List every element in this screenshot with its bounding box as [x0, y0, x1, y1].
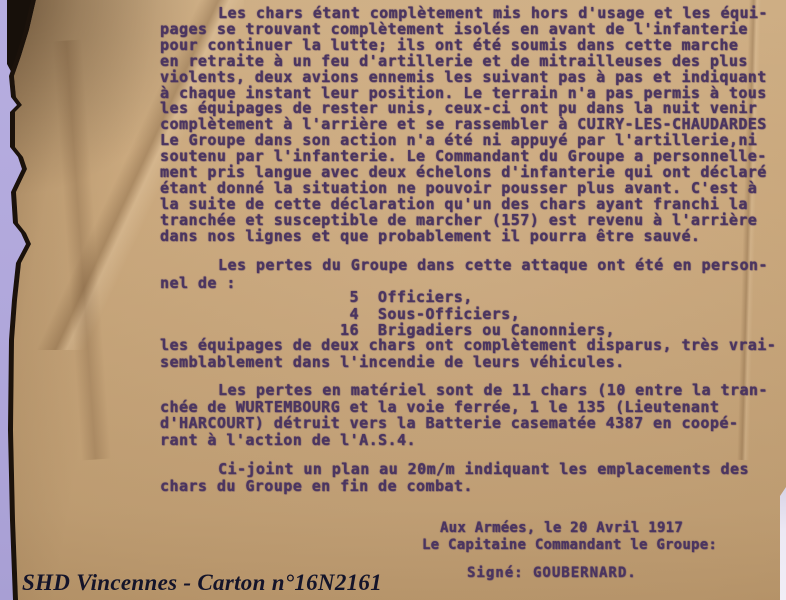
photograph-background: Les chars étant complètement mis hors d'…: [0, 0, 786, 600]
paragraph-retreat-account: Les chars étant complètement mis hors d'…: [160, 6, 768, 245]
text-line: chars du Groupe en fin de combat.: [160, 478, 749, 495]
paragraph-personnel-losses-intro: Les pertes du Groupe dans cette attaque …: [160, 256, 768, 292]
text-line: Les pertes du Groupe dans cette attaque …: [160, 256, 768, 274]
signature-rank-title: Le Capitaine Commandant le Groupe:: [422, 537, 717, 553]
signature-place-date: Aux Armées, le 20 Avril 1917: [440, 520, 683, 536]
paragraph-materiel-losses: Les pertes en matériel sont de 11 chars …: [160, 382, 768, 449]
paragraph-missing-crews: les équipages de deux chars ont complète…: [160, 337, 776, 371]
text-line: rant à l'action de l'A.S.4.: [160, 432, 768, 449]
archive-caption: SHD Vincennes - Carton n°16N2161: [22, 570, 382, 596]
text-line: dans nos lignes et que probablement il p…: [160, 229, 768, 245]
casualty-item-sous-officers: 4 Sous-Officiers,: [340, 306, 615, 323]
signature-name: Signé: GOUBERNARD.: [467, 565, 637, 581]
casualty-item-officers: 5 Officiers,: [340, 289, 615, 306]
text-line: Les pertes en matériel sont de 11 chars …: [160, 382, 768, 399]
document-paper: Les chars étant complètement mis hors d'…: [0, 0, 786, 600]
paragraph-attached-plan: Ci-joint un plan au 20m/m indiquant les …: [160, 461, 749, 494]
text-line: les équipages de deux chars ont complète…: [160, 337, 776, 354]
text-line: Ci-joint un plan au 20m/m indiquant les …: [160, 461, 749, 478]
text-line: semblablement dans l'incendie de leurs v…: [160, 354, 776, 371]
casualty-list: 5 Officiers, 4 Sous-Officiers, 16 Brigad…: [340, 289, 615, 339]
text-line: d'HARCOURT) détruit vers la Batterie cas…: [160, 415, 768, 432]
text-line: chée de WURTEMBOURG et la voie ferrée, 1…: [160, 399, 768, 416]
